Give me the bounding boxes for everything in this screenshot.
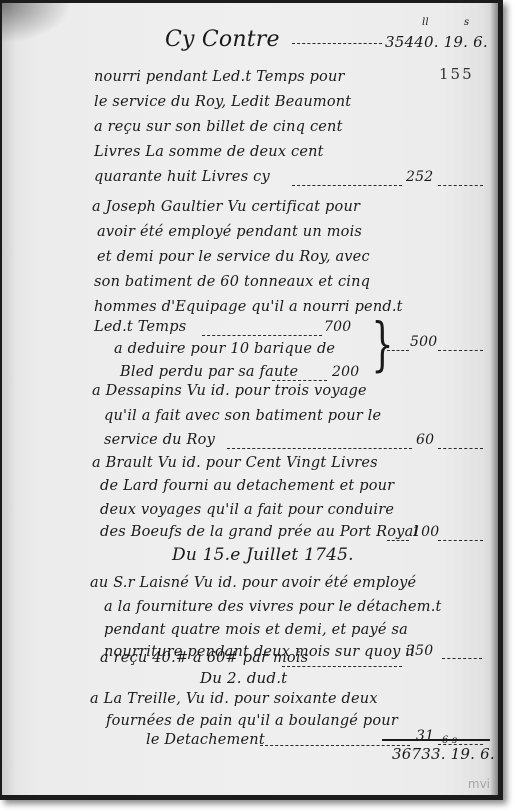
entry-5-line-2: a la fourniture des vivres pour le détac… xyxy=(104,599,442,615)
leader-dots xyxy=(292,43,382,44)
entry-5-line-5: a reçu 40.# a 60# par mois xyxy=(100,650,308,666)
leader-dots xyxy=(387,350,409,351)
entry-1-line-5: quarante huit Livres cy xyxy=(94,169,270,185)
page-heading: Cy Contre xyxy=(165,27,280,52)
entry-2-line-1: a Joseph Gaultier Vu certificat pour xyxy=(92,199,360,215)
leader-dots xyxy=(282,666,402,667)
entry-1-amount: 252 xyxy=(406,169,433,185)
entry-6-line-3: le Detachement xyxy=(146,732,265,748)
leader-dots xyxy=(272,380,327,381)
entry-1-line-4: Livres La somme de deux cent xyxy=(94,144,324,160)
entry-4-line-1: a Brault Vu id. pour Cent Vingt Livres xyxy=(92,455,378,471)
total-rule xyxy=(382,739,490,741)
leader-dots xyxy=(227,448,412,449)
entry-5-line-3: pendant quatre mois et demi, et payé sa xyxy=(104,622,408,638)
entry-6-line-1: a La Treille, Vu id. pour soixante deux xyxy=(90,691,378,707)
column-marker-livres: ll xyxy=(422,17,429,28)
leader-dots xyxy=(202,335,322,336)
page-frame: Cy Contre ll s 35440. 19. 6. 155 nourri … xyxy=(0,0,503,800)
entry-2-line-4: son batiment de 60 tonneaux et cinq xyxy=(94,274,370,290)
column-marker-sols: s xyxy=(464,17,469,28)
entry-2-line-6: Led.t Temps xyxy=(94,319,186,335)
leader-dots xyxy=(292,185,402,186)
leader-dots xyxy=(387,540,409,541)
entry-2-sub-line-2: Bled perdu par sa faute xyxy=(120,364,298,380)
entry-4-line-3: deux voyages qu'il a fait pour conduire xyxy=(100,502,394,518)
date-heading: Du 2. dud.t xyxy=(200,669,287,687)
entry-5-line-1: au S.r Laisné Vu id. pour avoir été empl… xyxy=(90,575,416,591)
entry-2-amount: 500 xyxy=(410,334,437,350)
entry-1-line-1: nourri pendant Led.t Temps pour xyxy=(94,69,345,85)
entry-1-line-2: le service du Roy, Ledit Beaumont xyxy=(94,94,351,110)
entry-3-line-1: a Dessapins Vu id. pour trois voyage xyxy=(92,383,367,399)
leader-dots xyxy=(438,185,483,186)
entry-2-sub-amount-2: 200 xyxy=(332,364,359,380)
carried-total: 35440. 19. 6. xyxy=(385,33,488,51)
entry-2-line-5: hommes d'Equipage qu'il a nourri pend.t xyxy=(94,299,403,315)
entry-6-line-2: fournées de pain qu'il a boulangé pour xyxy=(106,713,398,729)
entry-2-line-3: et demi pour le service du Roy, avec xyxy=(97,249,370,265)
entry-3-line-3: service du Roy xyxy=(104,432,215,448)
entry-3-line-2: qu'il a fait avec son batiment pour le xyxy=(104,408,381,424)
entry-2-sub-line-1: a deduire pour 10 barique de xyxy=(114,341,335,357)
entry-1-line-3: a reçu sur son billet de cinq cent xyxy=(94,119,343,135)
watermark: mvi xyxy=(468,777,490,791)
leader-dots xyxy=(438,448,483,449)
entry-4-amount: 100 xyxy=(412,524,439,540)
bracket: } xyxy=(371,315,393,373)
entry-2-sub-amount-1: 700 xyxy=(324,319,351,335)
date-heading: Du 15.e Juillet 1745. xyxy=(172,545,354,565)
leader-dots xyxy=(260,745,410,746)
leader-dots xyxy=(438,350,483,351)
leader-dots xyxy=(442,658,482,659)
entry-5-amount: 350 xyxy=(406,643,433,659)
entry-6-amount: 31 xyxy=(416,728,434,744)
entry-4-line-2: de Lard fourni au detachement et pour xyxy=(100,478,394,494)
entry-4-line-4: des Boeufs de la grand prée au Port Roya… xyxy=(100,524,418,540)
manuscript-page: Cy Contre ll s 35440. 19. 6. 155 nourri … xyxy=(2,3,498,795)
folio-number-text: 155 xyxy=(439,65,474,83)
entry-3-amount: 60 xyxy=(416,432,434,448)
entry-2-line-2: avoir été employé pendant un mois xyxy=(97,224,362,240)
leader-dots xyxy=(438,540,483,541)
grand-total: 36733. 19. 6. xyxy=(392,745,495,763)
